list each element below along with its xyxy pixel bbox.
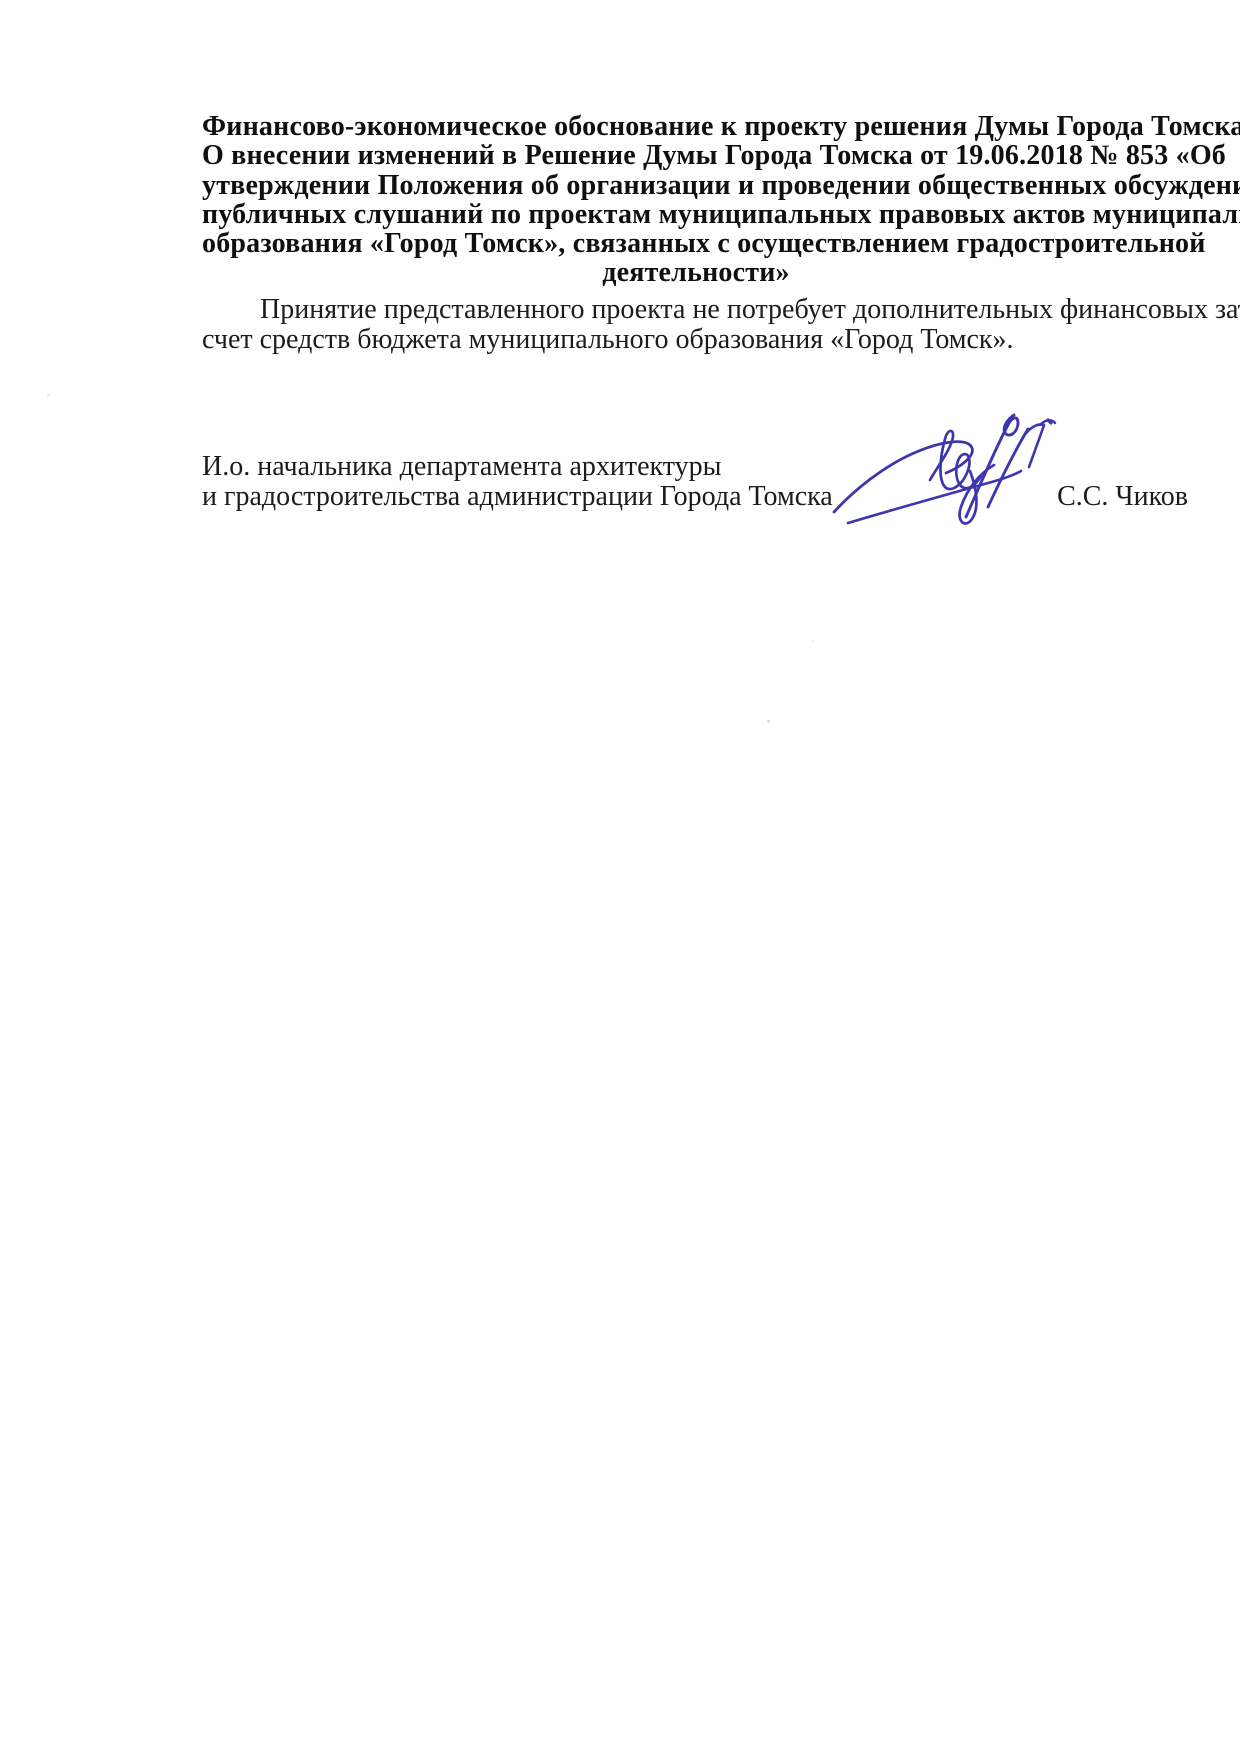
signoff-name: С.С. Чиков xyxy=(1057,482,1188,512)
title-line-1: Финансово-экономическое обоснование к пр… xyxy=(202,112,1190,141)
document-page: Финансово-экономическое обоснование к пр… xyxy=(0,0,1240,1753)
body-line-2: счет средств бюджета муниципального обра… xyxy=(202,325,1190,355)
scan-speck xyxy=(767,720,770,723)
title-line-5: образования «Город Томск», связанных с о… xyxy=(202,229,1190,258)
title-line-6: деятельности» xyxy=(202,258,1190,287)
title-line-3: утверждении Положения об организации и п… xyxy=(202,171,1190,200)
document-title: Финансово-экономическое обоснование к пр… xyxy=(202,112,1190,288)
title-line-2: О внесении изменений в Решение Думы Горо… xyxy=(202,141,1190,170)
scan-speck xyxy=(812,640,814,642)
title-line-4: публичных слушаний по проектам муниципал… xyxy=(202,200,1190,229)
body-line-1: Принятие представленного проекта не потр… xyxy=(202,295,1190,325)
signature-ink xyxy=(818,390,1058,534)
scan-speck xyxy=(47,394,50,396)
body-paragraph: Принятие представленного проекта не потр… xyxy=(202,295,1190,354)
